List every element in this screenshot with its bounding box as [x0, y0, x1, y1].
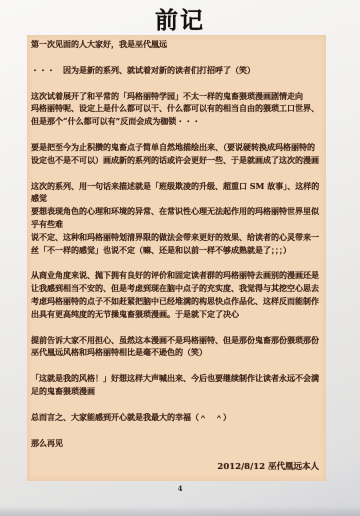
- paragraph: 提前告诉大家不用担心、虽然这本漫画不是玛格丽特、但是那份鬼畜那份猥琐那份巫代凰远…: [31, 334, 322, 360]
- content-box: 第一次见面的人大家好，我是巫代凰远・・・ 因为是新的系列、就试着对新的读者们打招…: [27, 35, 326, 481]
- paragraph: 这次的系列、用一句话来描述就是「班级欺凌的升级、超重口 SM 故事」、这样的感觉…: [31, 180, 322, 257]
- page-title: 前记: [0, 2, 360, 35]
- paragraph: 「这就是我的风格！」好想这样大声喊出来、今后也要继续制作让读者永远不会满足的鬼畜…: [31, 372, 322, 398]
- paragraph: 总而言之、大家能感到开心就是我最大的幸福（＾ ＾）: [31, 411, 322, 424]
- signature: 2012/8/12 巫代凰远本人: [217, 460, 319, 472]
- paragraph: 那么再见: [31, 437, 322, 450]
- paragraph: 第一次见面的人大家好，我是巫代凰远: [31, 38, 322, 51]
- page-number: 4: [0, 484, 360, 493]
- paragraph: 要是把至今为止积攒的鬼畜点子简单自然地描绘出来、（要说硬转换成玛格丽特的设定也不…: [31, 141, 322, 167]
- paragraph: 这次试着展开了和平常的「玛格丽特学园」不太一样的鬼畜猥琐漫画剧情走向玛格丽特呢、…: [31, 90, 322, 128]
- paragraph: 从商业角度来说、抛下拥有良好的评价和固定读者群的玛格丽特去画别的漫画还是让我感到…: [31, 269, 322, 320]
- paragraph: ・・・ 因为是新的系列、就试着对新的读者们打招呼了（笑）: [31, 64, 322, 77]
- paragraphs-container: 第一次见面的人大家好，我是巫代凰远・・・ 因为是新的系列、就试着对新的读者们打招…: [31, 38, 322, 449]
- scan-shadow: [0, 506, 360, 516]
